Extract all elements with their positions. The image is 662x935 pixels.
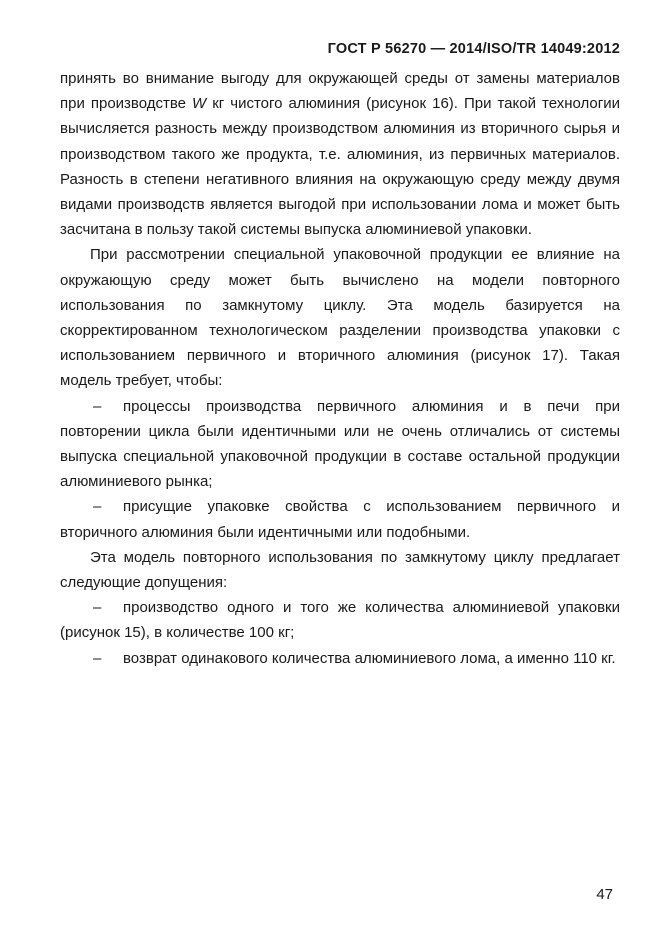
bullet-item-4-text: возврат одинакового количества алюминиев… xyxy=(123,650,616,667)
document-page: ГОСТ Р 56270 — 2014/ISO/TR 14049:2012 пр… xyxy=(0,0,662,935)
bullet-item-2-text: присущие упаковке свойства с использован… xyxy=(60,498,620,540)
bullet-item-3: –производство одного и того же количеств… xyxy=(60,595,620,645)
bullet-dash-icon: – xyxy=(93,394,123,419)
paragraph-2: При рассмотрении специальной упаковочной… xyxy=(60,242,620,393)
variable-w: W xyxy=(192,95,206,112)
bullet-dash-icon: – xyxy=(93,646,123,671)
document-body: принять во внимание выгоду для окружающе… xyxy=(60,66,620,671)
bullet-item-4: –возврат одинакового количества алюминие… xyxy=(60,646,620,671)
bullet-dash-icon: – xyxy=(93,494,123,519)
paragraph-1: принять во внимание выгоду для окружающе… xyxy=(60,66,620,242)
document-header-title: ГОСТ Р 56270 — 2014/ISO/TR 14049:2012 xyxy=(60,41,620,57)
bullet-item-1: –процессы производства первичного алюмин… xyxy=(60,394,620,495)
paragraph-1-text-post: кг чистого алюминия (рисунок 16). При та… xyxy=(60,95,620,238)
bullet-item-1-text: процессы производства первичного алюмини… xyxy=(60,398,620,491)
paragraph-3: Эта модель повторного использования по з… xyxy=(60,545,620,595)
page-number: 47 xyxy=(596,882,613,907)
bullet-item-2: –присущие упаковке свойства с использова… xyxy=(60,494,620,544)
bullet-item-3-text: производство одного и того же количества… xyxy=(60,599,620,641)
bullet-dash-icon: – xyxy=(93,595,123,620)
